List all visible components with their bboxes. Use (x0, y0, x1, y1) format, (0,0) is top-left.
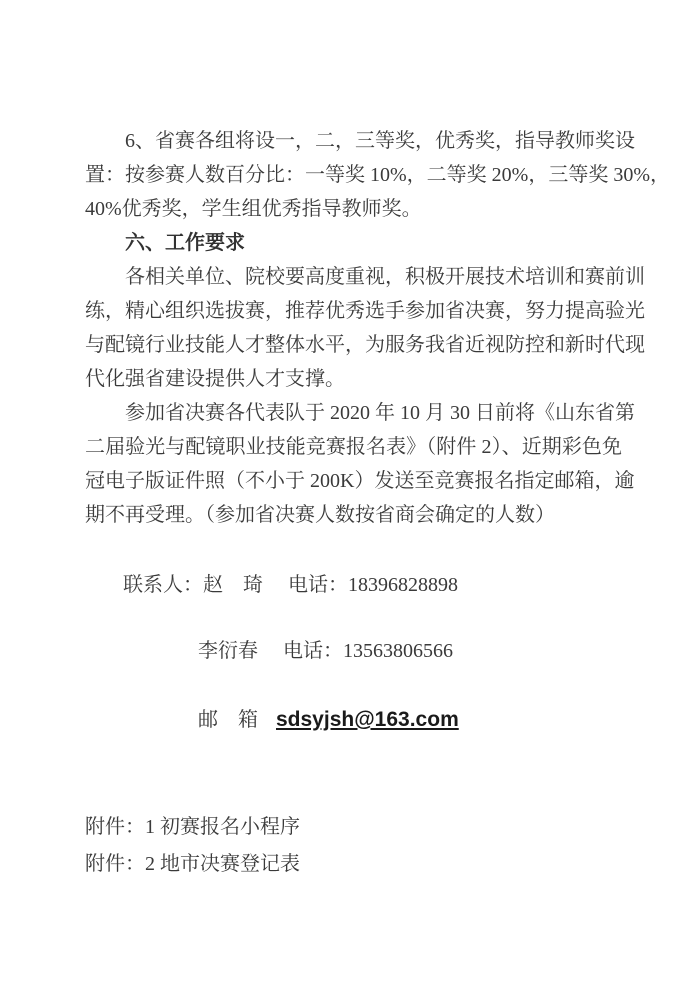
registration-paragraph-line-3: 冠电子版证件照（不小于 200K）发送至竞赛报名指定邮箱，逾 (85, 464, 622, 498)
registration-paragraph-line-1: 参加省决赛各代表队于 2020 年 10 月 30 日前将《山东省第 (85, 396, 622, 430)
award-paragraph-line-3: 40%优秀奖，学生组优秀指导教师奖。 (85, 192, 622, 226)
document-text-block: 6、省赛各组将设一，二，三等奖，优秀奖，指导教师奖设 置：按参赛人数百分比：一等… (85, 124, 622, 881)
attachment-item-1: 附件：1 初赛报名小程序 (85, 810, 622, 844)
registration-paragraph-line-2: 二届验光与配镜职业技能竞赛报名表》（附件 2）、近期彩色免 (85, 430, 622, 464)
award-paragraph-line-2: 置：按参赛人数百分比：一等奖 10%，二等奖 20%，三等奖 30%， (85, 158, 622, 192)
email-link[interactable]: sdsyjsh@163.com (276, 708, 459, 731)
requirements-paragraph-line-2: 练，精心组织选拔赛，推荐优秀选手参加省决赛，努力提高验光 (85, 294, 622, 328)
attachment-item-2: 附件：2 地市决赛登记表 (85, 847, 622, 881)
contact-line-1: 联系人：赵 琦 电话：18396828898 (85, 568, 622, 602)
document-page: 6、省赛各组将设一，二，三等奖，优秀奖，指导教师奖设 置：按参赛人数百分比：一等… (0, 0, 700, 1008)
section-heading-work-requirements: 六、工作要求 (85, 226, 622, 260)
registration-paragraph-line-4: 期不再受理。（参加省决赛人数按省商会确定的人数） (85, 498, 622, 532)
requirements-paragraph: 各相关单位、院校要高度重视，积极开展技术培训和赛前训 练，精心组织选拔赛，推荐优… (85, 260, 622, 396)
requirements-paragraph-line-1: 各相关单位、院校要高度重视，积极开展技术培训和赛前训 (85, 260, 622, 294)
requirements-paragraph-line-4: 代化强省建设提供人才支撑。 (85, 362, 622, 396)
registration-paragraph: 参加省决赛各代表队于 2020 年 10 月 30 日前将《山东省第 二届验光与… (85, 396, 622, 532)
email-line: 邮 箱sdsyjsh@163.com (85, 703, 622, 737)
contact-line-2: 李衍春 电话：13563806566 (85, 634, 622, 668)
requirements-paragraph-line-3: 与配镜行业技能人才整体水平，为服务我省近视防控和新时代现 (85, 328, 622, 362)
email-label: 邮 箱 (198, 709, 258, 731)
award-paragraph-line-1: 6、省赛各组将设一，二，三等奖，优秀奖，指导教师奖设 (85, 124, 622, 158)
award-paragraph: 6、省赛各组将设一，二，三等奖，优秀奖，指导教师奖设 置：按参赛人数百分比：一等… (85, 124, 622, 226)
